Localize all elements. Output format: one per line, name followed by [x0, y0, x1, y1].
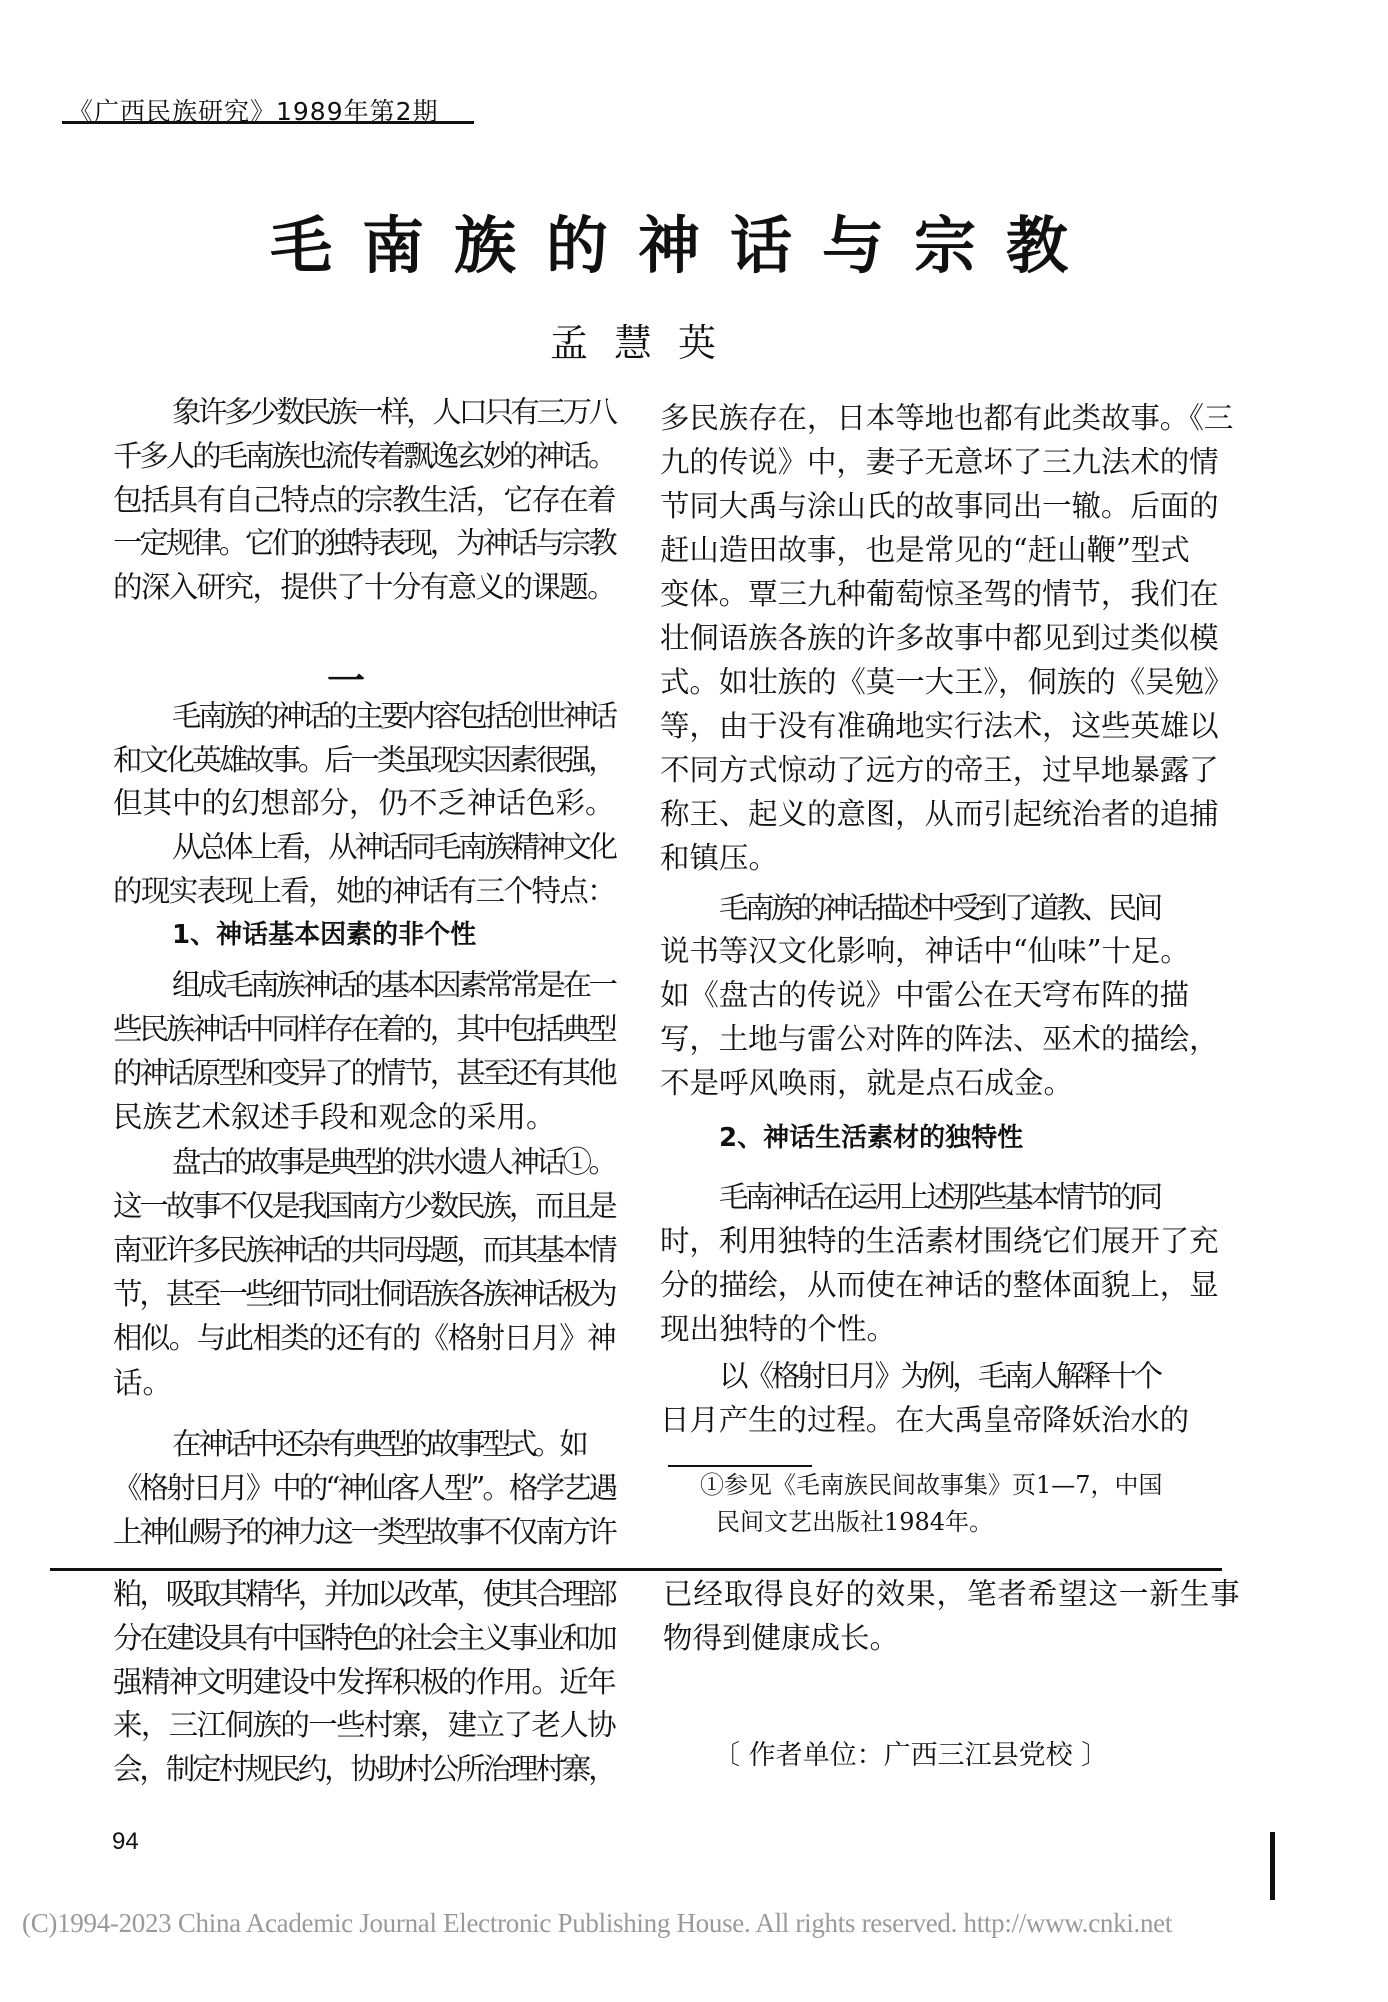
footnote-separator — [668, 1465, 812, 1467]
section-number: 一 — [327, 650, 365, 705]
text-line: 南亚许多民族神话的共同母题，而其基本情 — [113, 1232, 615, 1268]
text-line: 分的描绘，从而使在神话的整体面貌上，显 — [660, 1267, 1240, 1303]
text-line: 组成毛南族神话的基本因素常常是在一 — [113, 967, 674, 1003]
text-line: 壮侗语族各族的许多故事中都见到过类似模 — [660, 620, 1240, 656]
text-line: 话。 — [113, 1365, 615, 1401]
text-line: 毛南族的神话描述中受到了道教、民间 — [660, 890, 1299, 926]
copyright-notice: (C)1994-2023 China Academic Journal Elec… — [22, 1908, 1172, 1939]
text-line: 来，三江侗族的一些村寨，建立了老人协 — [113, 1707, 615, 1743]
page-divider-rule — [50, 1568, 1222, 1571]
text-line: 已经取得良好的效果，笔者希望这一新生事 — [663, 1576, 1241, 1612]
text-line: 但其中的幻想部分，仍不乏神话色彩。 — [113, 785, 615, 821]
text-line: 的神话原型和变异了的情节，甚至还有其他 — [113, 1055, 615, 1091]
scan-margin-mark — [1270, 1832, 1275, 1900]
footnote-line-2: 民间文艺出版社1984年。 — [716, 1507, 993, 1537]
text-line: 千多人的毛南族也流传着飘逸玄妙的神话。 — [113, 438, 615, 474]
text-line: 节，甚至一些细节同壮侗语族各族神话极为 — [113, 1276, 615, 1312]
text-line: 节同大禹与涂山氏的故事同出一辙。后面的 — [660, 488, 1240, 524]
text-line: 物得到健康成长。 — [663, 1620, 899, 1656]
article-title: 毛南族的神话与宗教 — [270, 196, 1098, 285]
text-line: 在神话中还杂有典型的故事型式。如 — [113, 1426, 674, 1462]
text-line: 不是呼风唤雨，就是点石成金。 — [660, 1065, 1240, 1101]
text-line: 毛南族的神话的主要内容包括创世神话 — [113, 698, 674, 734]
text-line: 一定规律。它们的独特表现，为神话与宗教 — [113, 525, 615, 561]
text-line: 多民族存在，日本等地也都有此类故事。《三 — [660, 400, 1240, 436]
author-affiliation: 〔 作者单位：广西三江县党校 〕 — [713, 1738, 1108, 1774]
text-line: 和镇压。 — [660, 840, 1240, 876]
text-line: 变体。覃三九种葡萄惊圣驾的情节，我们在 — [660, 576, 1240, 612]
text-line: 分在建设具有中国特色的社会主义事业和加 — [113, 1620, 615, 1656]
text-line: 这一故事不仅是我国南方少数民族，而且是 — [113, 1188, 615, 1224]
text-line: 包括具有自己特点的宗教生活，它存在着 — [113, 482, 615, 518]
text-line: 强精神文明建设中发挥积极的作用。近年 — [113, 1664, 615, 1700]
text-line: 《格射日月》中的“神仙客人型”。格学艺遇 — [113, 1470, 615, 1506]
text-line: 象许多少数民族一样，人口只有三万八 — [113, 394, 674, 430]
text-line: 日月产生的过程。在大禹皇帝降妖治水的 — [660, 1402, 1240, 1438]
text-line: 民族艺术叙述手段和观念的采用。 — [113, 1099, 615, 1135]
text-line: 盘古的故事是典型的洪水遗人神话①。 — [113, 1144, 674, 1180]
text-line: 时，利用独特的生活素材围绕它们展开了充 — [660, 1223, 1240, 1259]
text-line: 的深入研究，提供了十分有意义的课题。 — [113, 569, 615, 605]
text-line: 会，制定村规民约，协助村公所治理村寨， — [113, 1751, 615, 1787]
text-line: 赶山造田故事，也是常见的“赶山鞭”型式 — [660, 532, 1240, 568]
header-underline — [62, 121, 474, 124]
text-line: 九的传说》中，妻子无意坏了三九法术的情 — [660, 444, 1240, 480]
article-author: 孟慧英 — [550, 312, 742, 367]
text-line: 从总体上看，从神话同毛南族精神文化 — [113, 829, 674, 865]
text-line: 的现实表现上看，她的神话有三个特点： — [113, 873, 615, 909]
section-heading: 1、神话基本因素的非个性 — [113, 917, 674, 953]
text-line: 写，土地与雷公对阵的阵法、巫术的描绘， — [660, 1021, 1240, 1057]
text-line: 说书等汉文化影响，神话中“仙味”十足。 — [660, 933, 1240, 969]
text-line: 不同方式惊动了远方的帝王，过早地暴露了 — [660, 752, 1240, 788]
text-line: 和文化英雄故事。后一类虽现实因素很强， — [113, 742, 615, 778]
page-number: 94 — [112, 1828, 139, 1856]
text-line: 上神仙赐予的神力这一类型故事不仅南方许 — [113, 1514, 615, 1550]
text-line: 式。如壮族的《莫一大王》，侗族的《吴勉》 — [660, 664, 1240, 700]
text-line: 称王、起义的意图，从而引起统治者的追捕 — [660, 796, 1240, 832]
text-line: 些民族神话中同样存在着的，其中包括典型 — [113, 1011, 615, 1047]
footnote-line-1: ①参见《毛南族民间故事集》页1—7，中国 — [700, 1470, 1163, 1500]
text-line: 等，由于没有准确地实行法术，这些英雄以 — [660, 708, 1240, 744]
text-line: 如《盘古的传说》中雷公在天穹布阵的描 — [660, 977, 1240, 1013]
text-line: 相似。与此相类的还有的《格射日月》神 — [113, 1320, 615, 1356]
text-line: 粕，吸取其精华，并加以改革，使其合理部 — [113, 1576, 615, 1612]
text-line: 以《格射日月》为例，毛南人解释十个 — [660, 1358, 1299, 1394]
text-line: 毛南神话在运用上述那些基本情节的同 — [660, 1179, 1299, 1215]
section-heading: 2、神话生活素材的独特性 — [660, 1120, 1299, 1156]
text-line: 现出独特的个性。 — [660, 1311, 1240, 1347]
